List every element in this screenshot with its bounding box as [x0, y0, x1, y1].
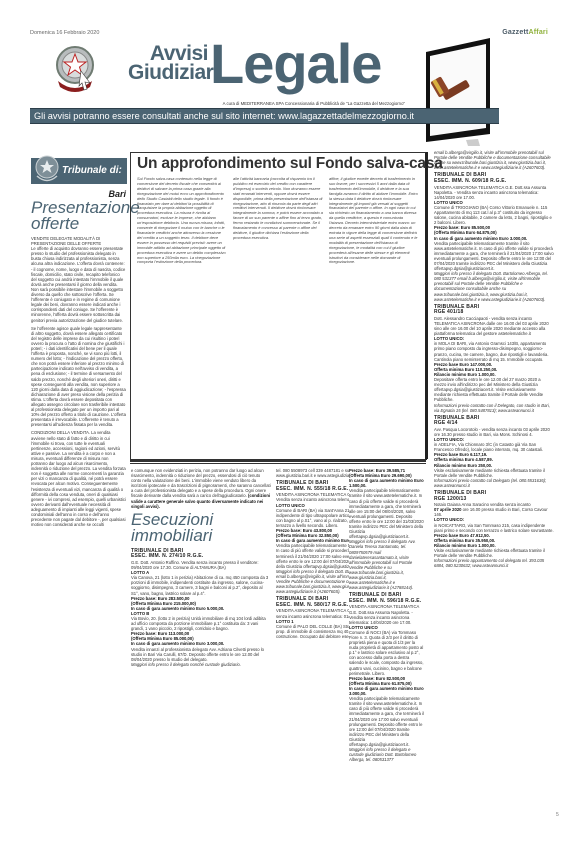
sidebar-paragraph: Le offerte di acquisto dovranno essere p…	[31, 246, 126, 322]
court-emblem-icon	[34, 153, 60, 185]
notice-text: Vendita partecipabile telematicamente tr…	[434, 241, 554, 272]
presentazione-offerte-title: Presentazione offerte	[31, 200, 131, 232]
notice-details: G.E. Dott. Antonio Ruffino. Vendita senz…	[131, 560, 271, 570]
brand-suffix: Affari	[529, 29, 548, 36]
notice-text: Visite esclusivamente mediante richiesta…	[434, 468, 554, 478]
sidebar-paragraph: Se l'offerente agisce quale legale rappr…	[31, 326, 126, 428]
sidebar-paragraph: CONDIZIONI DELLA VENDITA. La vendita avv…	[31, 430, 126, 527]
notice-info: Maggiori info presso il delegato e custo…	[349, 747, 424, 762]
article-column-2: alle l'attività bancaria (raccolta di ri…	[233, 177, 323, 455]
price-raise: In caso di gara aumento minimo Euro 1.50…	[349, 478, 424, 488]
lotto-label: LOTTO UNICO:	[434, 517, 464, 522]
publisher-subline: A cura di MEDITERRANEA SPA Concessionari…	[130, 101, 405, 106]
notice-text: Depositare offerta entro le ore 12.00 de…	[434, 377, 554, 402]
article-column-1: Sul Fondo salva-casa contenuto nella leg…	[137, 177, 227, 455]
issue-date: Domenica 16 Febbraio 2020	[30, 30, 99, 36]
lotto-description: Comune di NOCI (BA) via Tommaso Fiore n.…	[349, 630, 424, 676]
lotto-description: in NOICATTARO, via San Tommaso 215, casa…	[434, 523, 554, 533]
notice-details: VENDITA ASINCRONA TELEMATICA G.E. Dott.s…	[434, 185, 554, 200]
lotto-description: Comune di TRIGGIANO (BA) Corso Vittorio …	[434, 205, 554, 225]
brand-prefix: Gazzett	[502, 29, 528, 36]
lotto-label: LOTTO 1	[276, 619, 294, 624]
republic-emblem-icon	[54, 43, 96, 95]
masthead-title-small: Avvisi Giudiziari	[128, 44, 208, 82]
title-giudiziari: Giudiziari	[128, 63, 208, 82]
lotto-description: in MOLA DI BARI, via Antonio Gramsci 143…	[434, 341, 554, 361]
notice-274-10: TRIBUNALE DI BARI ESEC. IMM. N. 274/10 R…	[131, 549, 271, 667]
right-notices-column: email b.alberga@virgilio.it, visite all'…	[434, 150, 554, 815]
notice-details: Avv. Pasqua Locorotolo - vendita senza i…	[434, 427, 554, 437]
notice-info: Maggiori info presso il delegato Dott. B…	[434, 271, 554, 302]
notice-details: Dott. Alessandro Cacciapaoti - vendita s…	[434, 316, 554, 336]
lotto-description: Via Canova, 21 (lotto 1 in perizia) Abit…	[131, 575, 271, 595]
divider	[426, 152, 428, 459]
notice-text: Vendita partecipabile telematicamente tr…	[349, 488, 424, 539]
price-raise: In caso di gara aumento minimo Euro 3.00…	[349, 686, 424, 696]
esecuzioni-column-3: Prezzo base: Euro 39.585,71 (Offerta Min…	[349, 468, 424, 838]
esecuzioni-column-1: e comunque non evidenziati in perizia, n…	[131, 468, 271, 838]
divider	[130, 460, 426, 462]
fondo-salva-casa-article: Un approfondimento sul Fondo salva-casa …	[130, 152, 427, 460]
website-banner: Gli avvisi potranno essere consultati an…	[30, 108, 499, 124]
lotto-description: in ADELFIA, Via Chionnaro 3/C (in Catast…	[434, 442, 554, 452]
section-title-line2: offerte	[31, 216, 131, 232]
lotto-label: LOTTO UNICO	[276, 503, 305, 508]
notice-text: Vendita partecipabile telematicamente tr…	[349, 696, 424, 747]
divider	[130, 463, 426, 464]
monitor-gavel-icon	[420, 38, 492, 146]
notice-continuation: email b.alberga@virgilio.it, visite all'…	[434, 150, 554, 170]
esecuzioni-title-line2: immobiliari	[131, 528, 271, 544]
masthead-title-legale: Legale	[210, 34, 381, 94]
tribunale-label: Tribunale di:	[62, 165, 122, 176]
notice-info: Informazioni previo contatto col Delegat…	[434, 478, 554, 488]
notice-info: Maggiori info presso il delegato nonché …	[131, 662, 271, 667]
article-column-3: affine, il giudice emette decreto di tra…	[329, 177, 419, 455]
notice-info: Maggiori info presso il delegato Avv. Da…	[349, 539, 424, 590]
notice-text: Visite esclusivamente mediante richiesta…	[434, 548, 554, 558]
esecuzioni-title: Esecuzioni immobiliari	[131, 512, 271, 544]
notice-info: Informazioni previo contatto con il Dele…	[434, 403, 554, 413]
notice-footer: Vendita innanzi al professionista delega…	[131, 647, 271, 662]
brand-logo: GazzettAffari	[502, 29, 548, 36]
conditions-text: e comunque non evidenziati in perizia, n…	[131, 468, 271, 509]
article-title: Un approfondimento sul Fondo salva-casa	[137, 155, 443, 173]
notice-info: Informazioni previo appuntamento col del…	[434, 558, 554, 568]
notice-details: VENDITA ASINCRONA TELEMATICA G.E. Dott.s…	[349, 604, 424, 624]
sidebar-heading: VENDITE DELEGATE MODALITÀ DI PRESENTAZIO…	[31, 236, 126, 246]
lotto-description: Via Bovio, 20. (lotto 2 in perizia) Unit…	[131, 616, 271, 631]
sidebar-text-column: VENDITE DELEGATE MODALITÀ DI PRESENTAZIO…	[31, 236, 126, 836]
page-number: 5	[556, 812, 559, 818]
